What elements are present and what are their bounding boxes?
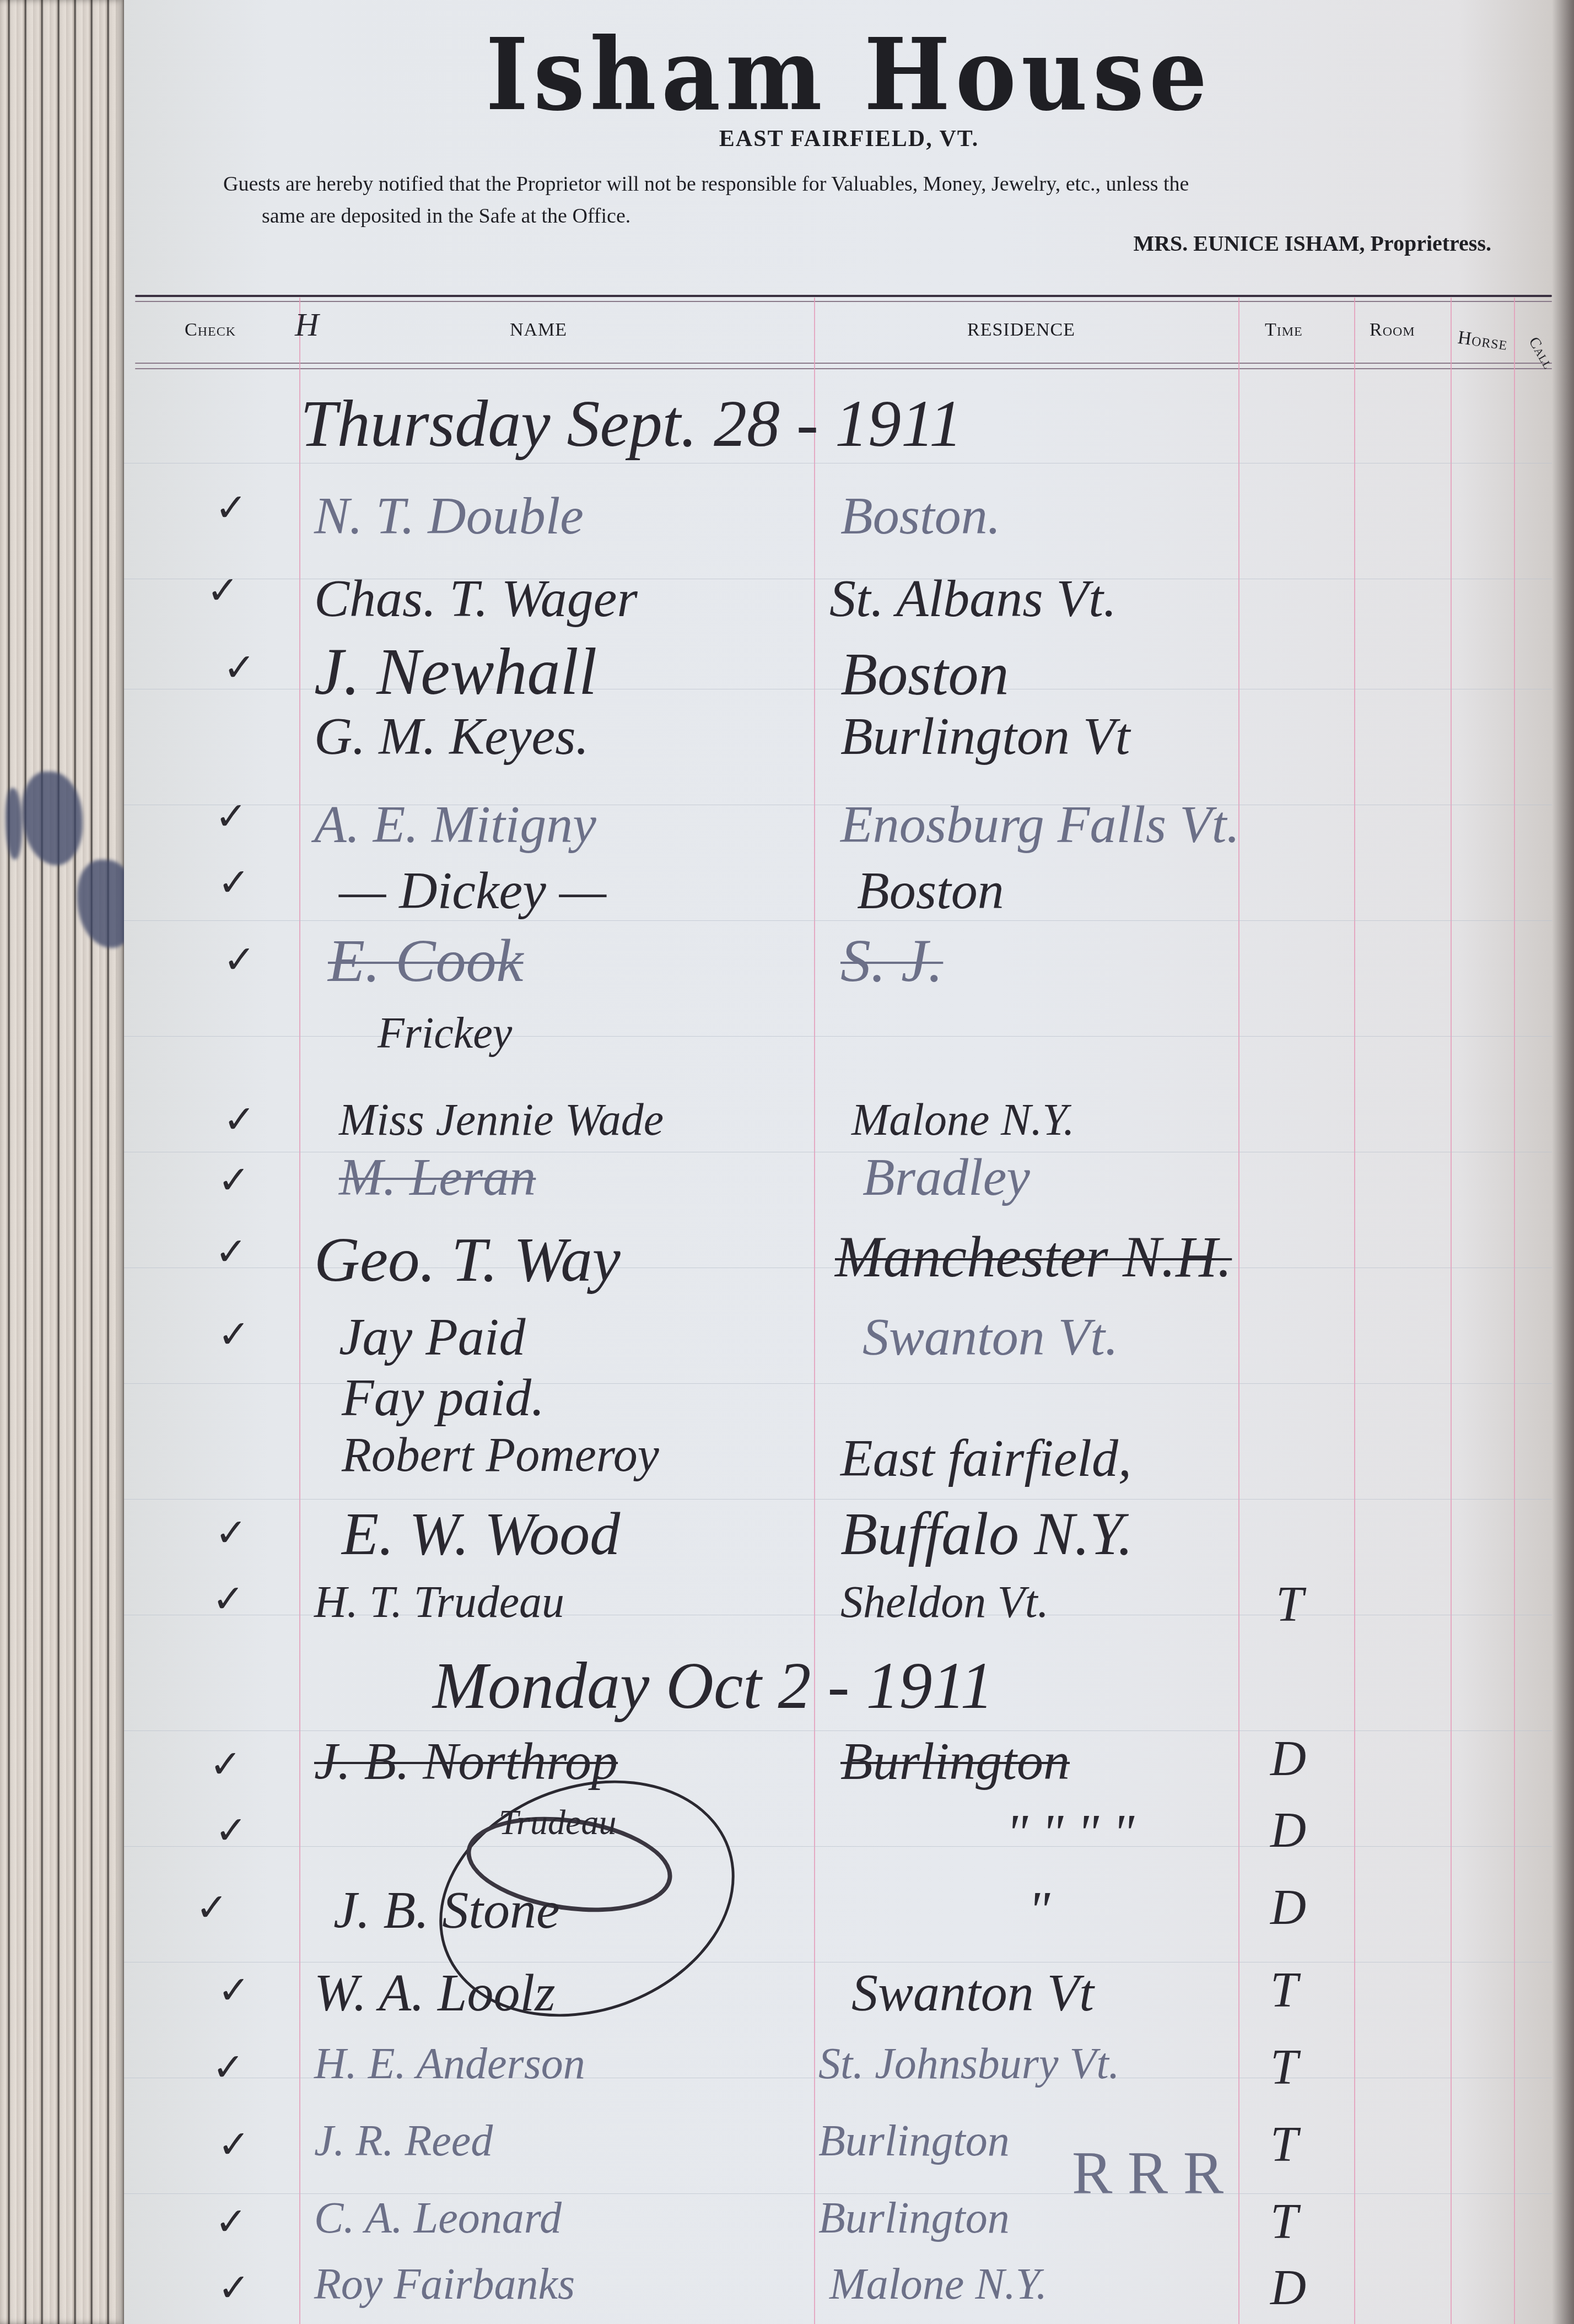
column-divider-horse [1514, 298, 1515, 2324]
guest-name: J. B. Northrop [314, 1730, 618, 1792]
guest-name: G. M. Keyes. [314, 705, 589, 767]
check-mark: ✓ [215, 1510, 247, 1555]
guest-residence: Sheldon Vt. [840, 1576, 1049, 1628]
ruled-line [124, 463, 1552, 463]
book-page-edges [0, 0, 124, 2324]
check-mark: ✓ [223, 937, 256, 982]
guest-residence: Malone N.Y. [851, 1094, 1075, 1146]
guest-name: Fay paid. [342, 1367, 545, 1428]
ruled-line [124, 1152, 1552, 1152]
ink-blot [22, 772, 83, 865]
column-divider-check [299, 298, 300, 2324]
guest-name: N. T. Double [314, 485, 584, 546]
header-rule-bottom [135, 363, 1552, 364]
check-mark: ✓ [218, 1157, 250, 1203]
guest-name: H. T. Trudeau [314, 1576, 564, 1628]
guest-residence: Malone N.Y. [829, 2260, 1047, 2310]
rrr-annotation: R R R [1072, 2138, 1223, 2208]
guest-residence: East fairfield, [840, 1427, 1131, 1489]
check-mark: ✓ [215, 1808, 247, 1853]
guest-name-struck: E. Cook [328, 926, 523, 996]
guest-residence: Swanton Vt. [863, 1306, 1118, 1367]
hotel-location: EAST FAIRFIELD, VT. [124, 126, 1574, 152]
guest-residence: Enosburg Falls Vt. [840, 794, 1239, 855]
guest-residence-struck: S. J. [840, 926, 943, 996]
guest-name: Miss Jennie Wade [339, 1094, 664, 1146]
column-header-residence: RESIDENCE [967, 320, 1075, 341]
time-mark: D [1270, 1802, 1306, 1859]
check-mark: ✓ [215, 2199, 247, 2244]
guest-name: Frickey [378, 1009, 512, 1059]
time-mark: T [1270, 2039, 1298, 2096]
register-page: Isham House EAST FAIRFIELD, VT. Guests a… [124, 0, 1574, 2324]
time-mark: T [1270, 2193, 1298, 2250]
guest-name: J. Newhall [314, 634, 597, 710]
guest-name: M. Leran [339, 1146, 536, 1207]
check-mark: ✓ [218, 1967, 250, 2013]
time-mark: T [1270, 2116, 1298, 2173]
ink-blot [6, 788, 22, 860]
safe-notice: Guests are hereby notified that the Prop… [223, 168, 1568, 232]
guest-name: Roy Fairbanks [314, 2260, 575, 2310]
guest-residence: Boston [840, 639, 1009, 709]
check-mark: ✓ [218, 860, 250, 905]
guest-name: E. W. Wood [342, 1499, 620, 1569]
guest-name: W. A. Loolz [314, 1962, 555, 2023]
guest-residence: St. Johnsbury Vt. [818, 2039, 1120, 2089]
guest-name: Jay Paid [339, 1306, 526, 1367]
ruled-line [124, 920, 1552, 921]
check-mark: ✓ [215, 1229, 247, 1274]
guest-name: Chas. T. Wager [314, 568, 638, 629]
guest-residence: Burlington [818, 2193, 1010, 2244]
check-mark: ✓ [215, 485, 247, 530]
hotel-title: Isham House [182, 17, 1516, 133]
date-header-oct-2: Monday Oct 2 - 1911 [433, 1648, 994, 1724]
proprietor-name: MRS. EUNICE ISHAM, Proprietress. [1133, 230, 1491, 256]
header-rule-bottom-2 [135, 368, 1552, 369]
column-header-check: Check [185, 320, 236, 341]
guest-name: J. B. Stone [333, 1879, 560, 1940]
column-header-room: Room [1370, 320, 1415, 341]
guest-name: Geo. T. Way [314, 1223, 621, 1296]
check-mark: ✓ [212, 2045, 245, 2090]
guest-name: C. A. Leonard [314, 2193, 562, 2244]
guest-residence: " " " " [1006, 1802, 1134, 1863]
guest-residence: Burlington Vt [840, 705, 1130, 767]
check-mark: ✓ [223, 645, 256, 690]
ruled-line [124, 1846, 1552, 1847]
column-divider-room [1451, 298, 1452, 2324]
notice-line-1: Guests are hereby notified that the Prop… [223, 168, 1568, 200]
guest-name: A. E. Mitigny [314, 794, 596, 855]
date-header-sept-28: Thursday Sept. 28 - 1911 [300, 386, 962, 462]
check-mark: ✓ [209, 1741, 242, 1787]
check-mark: ✓ [223, 1097, 256, 1142]
time-mark: D [1270, 1730, 1306, 1787]
guest-name: H. E. Anderson [314, 2039, 585, 2089]
ruled-line [124, 1383, 1552, 1384]
ruled-line [124, 1499, 1552, 1500]
check-mark: ✓ [207, 568, 239, 613]
guest-residence: Manchester N.H. [835, 1223, 1232, 1290]
column-divider-time [1354, 298, 1355, 2324]
guest-residence: Boston. [840, 485, 1001, 546]
guest-residence: Buffalo N.Y. [840, 1499, 1133, 1569]
column-divider-residence [1238, 298, 1239, 2324]
check-mark: ✓ [218, 2265, 250, 2310]
time-mark: T [1276, 1576, 1303, 1633]
guest-residence: Burlington [840, 1730, 1070, 1792]
notice-line-2: same are deposited in the Safe at the Of… [223, 200, 1568, 232]
ruled-line [124, 1036, 1552, 1037]
header-handwritten-mark: H [295, 306, 319, 344]
guest-residence: St. Albans Vt. [829, 568, 1117, 629]
time-mark: T [1270, 1962, 1298, 2019]
time-mark: D [1270, 2260, 1306, 2316]
guest-residence: Boston [857, 860, 1004, 921]
guest-residence: Swanton Vt [851, 1962, 1094, 2023]
guest-name: Robert Pomeroy [342, 1427, 659, 1483]
check-mark: ✓ [218, 1312, 250, 1357]
guest-residence: Burlington [818, 2116, 1010, 2166]
guest-name: — Dickey — [339, 860, 606, 921]
check-mark: ✓ [218, 2122, 250, 2167]
column-header-horse: Horse [1457, 327, 1509, 355]
column-header-name: NAME [510, 320, 567, 341]
check-mark: ✓ [215, 794, 247, 839]
page-curl-shadow [1552, 0, 1574, 2324]
guest-residence: " [1028, 1879, 1050, 1940]
header-rule-top-2 [135, 301, 1552, 302]
header-rule-top [135, 295, 1552, 297]
check-mark: ✓ [196, 1885, 228, 1930]
guest-name: J. R. Reed [314, 2116, 493, 2166]
check-mark: ✓ [212, 1576, 245, 1621]
column-divider-name [814, 298, 815, 2324]
guest-name: Trudeau [499, 1802, 616, 1843]
column-header-time: Time [1265, 320, 1303, 341]
guest-residence: Bradley [863, 1146, 1030, 1207]
time-mark: D [1270, 1879, 1306, 1936]
